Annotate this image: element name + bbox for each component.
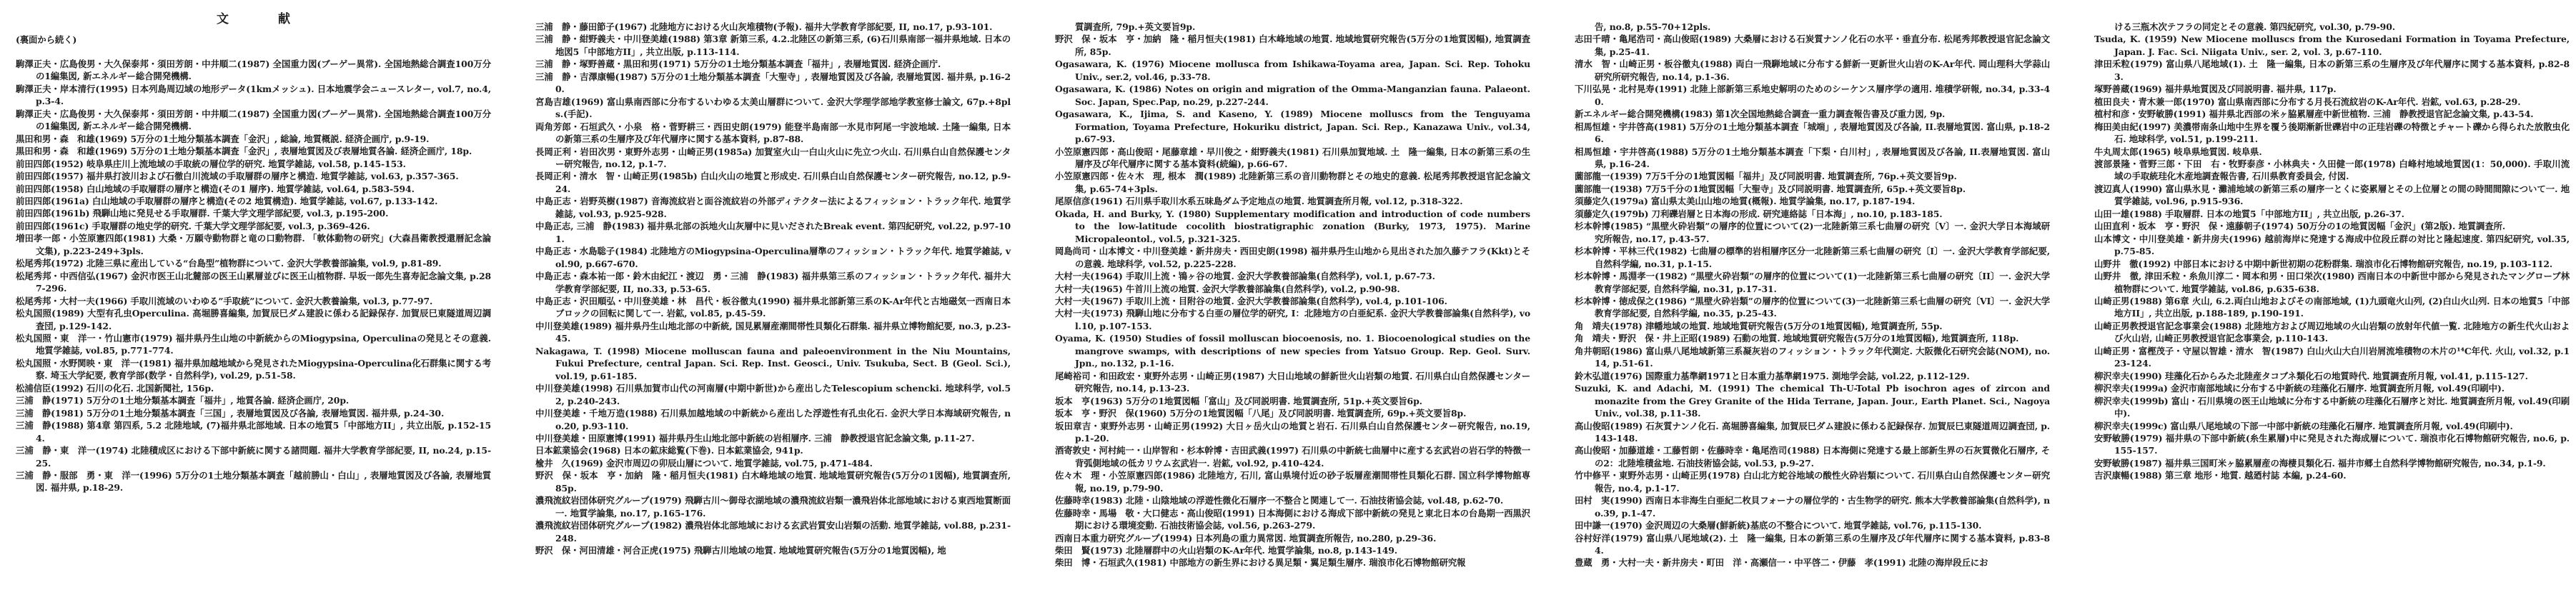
reference-entry: 三浦 静・紺野義夫・中川登美雄(1988) 第3章 新第三系, 4.2.北陸区の… [535,33,1011,58]
reference-entry: 駒澤正夫・広島俊男・大久保泰邦・須田芳朗・中井順二(1987) 全国重力図(ブー… [16,58,491,83]
continued-reference-fragment: ける三瓶木次テフラの同定とその意義. 第四紀研究, vol.30, p.79-9… [2094,21,2570,33]
reference-entry: 前田四郎(1957) 福井県打波川および石徹白川流域の手取層群の層序と構造. 地… [16,170,491,182]
reference-entry: 山田一雄(1988) 手取層群. 日本の地質5「中部地方II」, 共立出版, p… [2094,208,2570,220]
reference-entry: 三浦 静・藤田節子(1967) 北陸地方における火山灰堆積物(予報). 福井大学… [535,21,1011,33]
reference-list: 志田千晴・亀尾浩司・高山俊昭(1989) 大桑層における石炭質ナンノ化石の水平・… [1575,33,2050,569]
reference-entry: 尾崎裕司・和田政宏・東野外志男・山崎正男(1987) 大日山地域の鮮新世火山岩類… [1055,370,1530,395]
column-3: 質調査所, 79p.+英文要旨9p. 野沢 保・坂本 亨・加納 隆・稲月恒夫(1… [1029,0,1544,605]
reference-entry: Okada, H. and Burky, Y. (1980) Supplemen… [1055,208,1530,245]
reference-entry: 植田良夫・青木兼一郎(1970) 富山県南西部に分布する月長石流紋岩のK-Ar年… [2094,96,2570,108]
reference-entry: 濃飛流紋岩団体研究グループ(1979) 飛騨古川～御母衣湖地域の濃飛流紋岩類一濃… [535,494,1011,519]
reference-entry: 三浦 静(1988) 第4章 第四系, 5.2 北陸地域, (7)福井県北部地域… [16,419,491,444]
reference-entry: 松尾秀邦(1972) 北陸三県に産出している“台島型”植物群について. 金沢大学… [16,257,491,269]
reference-list: 野沢 保・坂本 亨・加納 隆・稲月恒夫(1981) 白木峰地域の地質. 地域地質… [1055,33,1530,569]
reference-entry: 増田孝一郎・小笠原憲四郎(1981) 大桑・万願寺動物群と竜の口動物群. 「軟体… [16,232,491,257]
reference-entry: 柳沢幸夫(1999a) 金沢市南部地域に分布する中新統の珪藻化石層序. 地質調査… [2094,382,2570,394]
reference-entry: 植村和彦・安野敏勝(1991) 福井県北西部の米ヶ脇累層産中新世植物. 三浦 静… [2094,108,2570,120]
reference-entry: 清水 智・山崎正男・板谷徹丸(1988) 両白一飛騨地域に分布する鮮新一更新世火… [1575,58,2050,83]
reference-entry: 前田四郎(1961c) 手取層群の地史学的研究. 千葉大学文理学部紀要, vol… [16,220,491,232]
reference-entry: 前田四郎(1952) 岐阜県庄川上流地域の手取統の層位学的研究. 地質学雑誌, … [16,158,491,170]
reference-entry: 角井朝昭(1986) 富山県八尾地域新第三系凝灰岩のフィッション・トラック年代測… [1575,345,2050,370]
reference-entry: 尾原信彦(1961) 石川県手取川水系五味島ダム予定地点の地質. 地質調査所月報… [1055,195,1530,207]
reference-entry: 柳沢幸夫(1999c) 富山県八尾地域の下部一中部中新統の珪藻化石層序. 地質調… [2094,420,2570,432]
reference-entry: 角 靖夫・野沢 保・井上正昭(1989) 石動の地質. 地域地質研究報告(5万分… [1575,332,2050,344]
reference-entry: Ogasawara, K., Ijima, S. and Kaseno, Y. … [1055,108,1530,145]
reference-entry: 山崎正男教授退官記念事業会(1988) 北陸地方および周辺地域の火山岩類の放射年… [2094,320,2570,345]
reference-entry: 柴田 賢(1973) 北陸層群中の火山岩類のK-Ar年代. 地質学論集, no.… [1055,544,1530,556]
reference-entry: 渡辺真人(1990) 富山県氷見・灘浦地域の新第三系の層序一とくに姿累層とその上… [2094,183,2570,208]
reference-entry: 竹中修平・東野外志男・山崎正男(1978) 白山北方蛇谷地域の酸性火砕岩類につい… [1575,469,2050,494]
reference-entry: Ogasawara, K. (1986) Notes on origin and… [1055,83,1530,108]
reference-entry: 薗部龍一(1939) 7万5千分の1地質図幅「福井」及び同説明書. 地質調査所,… [1575,170,2050,182]
reference-entry: 両角芳郎・石垣武久・小泉 格・菅野耕三・西田史朗(1979) 能登半島南部一氷見… [535,121,1011,146]
reference-entry: 中島正志・水島聡子(1984) 北陸地方のMiogypsina-Operculi… [535,245,1011,270]
reference-entry: 柳沢幸夫(1999b) 富山・石川県境の医王山地域に分布する中新統の珪藻化石層序… [2094,395,2570,420]
reference-entry: 岡島尚司・山本博文・中川登美雄・新井房夫・西田史朗(1998) 福井県丹生山地か… [1055,245,1530,270]
column-3-text: 質調査所, 79p.+英文要旨9p. 野沢 保・坂本 亨・加納 隆・稲月恒夫(1… [1055,0,1530,569]
reference-entry: 三浦 静・塚野善蔵・黒田和男(1971) 5万分の1土地分類基本調査「福井」, … [535,58,1011,70]
reference-entry: 小笠原憲四郎・佐々木 理, 根本 潤(1989) 北陸新第三系の音川動物群とその… [1055,170,1530,195]
reference-entry: 杉本幹博・徳成保之(1986) “黒壁火砕岩類”の層序的位置について(3)一北陸… [1575,295,2050,320]
reference-entry: 前田四郎(1958) 白山地域の手取層群の層序と構造(その1 層序). 地質学雑… [16,183,491,195]
reference-entry: 佐々木 理・小笠原憲四郎(1986) 北陸地方, 石川, 富山県境付近の砂子坂層… [1055,469,1530,494]
reference-entry: 柴田 博・石垣武久(1981) 中部地方の新生界における異足類・翼足類生層序. … [1055,556,1530,569]
reference-entry: 長岡正利・清水 智・山崎正男(1985b) 白山火山の地質と形成史. 石川県白山… [535,170,1011,195]
reference-entry: 中島正志, 三浦 静(1983) 福井県北部の浜地火山灰層中に見いだされたBre… [535,220,1011,245]
reference-entry: 佐藤時幸(1983) 北陸・山陰地域の浮遊性微化石層序一不整合と関連して一. 石… [1055,494,1530,506]
reference-entry: 中島正志・沢田順弘・中川登美雄・林 昌代・板谷徹丸(1990) 福井県北部新第三… [535,295,1011,320]
reference-entry: 小笠原憲四郎・高山俊昭・尾藤章雄・早川俊之・紺野義夫(1981) 石川県加賀地域… [1055,146,1530,171]
reference-entry: 野沢 保・坂本 亨・加納 隆・稲月恒夫(1981) 白木峰地域の地質. 地域地質… [1055,33,1530,58]
column-1-text: 文 献 (裏面から続く) 駒澤正夫・広島俊男・大久保泰邦・須田芳朗・中井順二(1… [16,0,491,494]
reference-entry: 角 靖夫(1978) 津幡地域の地質. 地域地質研究報告(5万分の1地質図幅),… [1575,320,2050,332]
reference-entry: 渡部景隆・菅野三郎・下田 右・牧野泰彦・小林典夫・久田健一郎(1978) 白峰村… [2094,158,2570,183]
column-5-text: ける三瓶木次テフラの同定とその意義. 第四紀研究, vol.30, p.79-9… [2094,0,2570,482]
reference-entry: 黒田和男・森 和雄(1969) 5万分の1土地分類基本調査「金沢」, 総論, 地… [16,133,491,145]
reference-entry: 西南日本重力研究グループ(1994) 日本列島の重力異常図. 地質調査所報告, … [1055,532,1530,544]
continued-reference-fragment: 質調査所, 79p.+英文要旨9p. [1055,21,1530,33]
reference-entry: 山崎正男(1988) 第6章 火山, 6.2.両白山地およびその南部地域, (1… [2094,295,2570,320]
reference-entry: 中川登美雄・田原憲博(1991) 福井県丹生山地北部中新統の岩相層序. 三浦 静… [535,432,1011,444]
reference-entry: 柳沢幸夫(1990) 珪藻化石からみた北陸産タコブネ類化石の地質時代. 地質調査… [2094,370,2570,382]
reference-list: Tsuda, K. (1959) New Miocene molluscs fr… [2094,33,2570,481]
reference-entry: 坂本 亨(1963) 5万分の1地質図幅「富山」及び同説明書. 地質調査所, 5… [1055,395,1530,407]
reference-entry: 大村一夫(1964) 手取川上流・鴇ヶ谷の地質. 金沢大学教養部論集(自然科学)… [1055,270,1530,282]
reference-entry: 大村一夫(1967) 手取川上流・目附谷の地質. 金沢大学教養部論集(自然科学)… [1055,295,1530,307]
reference-entry: 駒澤正夫・広島俊男・大久保泰邦・須田芳朗・中井順二(1987) 全国重力図(ブー… [16,108,491,133]
reference-entry: 三浦 静・東 洋一(1974) 北陸積成区における下部中新統に関する諸問題. 福… [16,444,491,469]
reference-entry: 松丸国照・東 洋一・竹山憲市(1979) 福井県丹生山地の中新統からのMiogy… [16,332,491,357]
reference-entry: 杉本幹博・馬淵孝一(1982) “黒壁火砕岩類”の層序的位置について(1)一北陸… [1575,270,2050,295]
reference-entry: 豊蔵 勇・大村一夫・新井房夫・町田 洋・高瀬信一・中平啓二・伊藤 孝(1991)… [1575,556,2050,569]
reference-entry: 下川弘晃・北村晃寿(1991) 北陸上部新第三系地史解明のためのシーケンス層序学… [1575,83,2050,108]
reference-entry: 鈴木弘道(1976) 国際重力基準網1971と日本重力基準網1975. 測地学会… [1575,370,2050,382]
continued-note: (裏面から続く) [16,33,491,58]
reference-entry: 三浦 静(1971) 5万分の1土地分類基本調査「福井」, 地質各論. 経済企画… [16,394,491,406]
reference-entry: Oyama, K. (1950) Studies of fossil mollu… [1055,332,1530,369]
reference-entry: 須藤定久(1979a) 富山県太美山山地の地質(概報). 地質学論集, no.1… [1575,195,2050,207]
reference-entry: 楡井 久(1969) 金沢市周辺の卯辰山層について. 地質学雑誌, vol.75… [535,457,1011,469]
reference-entry: 大村一夫(1965) 牛首川上流の地質. 金沢大学教養部論集(自然科学), vo… [1055,283,1530,295]
reference-entry: 高山俊昭(1989) 石灰質ナンノ化石. 高堀勝喜編集, 加賀辰巳ダム建設に係わ… [1575,420,2050,445]
reference-entry: 薗部龍一(1938) 7万5千分の1地質図幅「大聖寺」及び同説明書. 地質調査所… [1575,183,2050,195]
continued-reference-fragment: 告, no.8, p.55-70+12pls. [1575,21,2050,33]
reference-entry: 相馬恒雄・宇井啓高(1981) 5万分の1土地分類基本調査「城端」, 表層地質図… [1575,121,2050,146]
reference-entry: 松浦信臣(1992) 石川の化石. 北国新聞社, 156p. [16,382,491,394]
reference-entry: Suzuki, K. and Adachi, M. (1991) The che… [1575,382,2050,419]
reference-entry: 野沢 保・坂本 亨・加納 隆・稲月恒夫(1981) 白木峰地域の地質. 地域地質… [535,469,1011,494]
reference-entry: 相馬恒雄・宇井啓高(1988) 5万分の1土地分類基本調査「下梨・白川村」, 表… [1575,146,2050,171]
reference-entry: Nakagawa, T. (1998) Miocene molluscan fa… [535,345,1011,382]
reference-entry: 吉沢康暢(1988) 第三章 地形・地質. 越廼村誌 本編, p.24-60. [2094,469,2570,481]
reference-entry: 杉本幹博(1985) “黒壁火砕岩類”の層序的位置について(2)一北陸新第三系七… [1575,220,2050,245]
reference-entry: 中島正志・岩野英樹(1987) 音海流紋岩と面谷流紋岩の外部ディテクター法による… [535,195,1011,220]
reference-entry: 野沢 保・河田清雄・河合正虎(1975) 飛騨古川地域の地質. 地域地質研究報告… [535,544,1011,556]
reference-entry: 須藤定久(1979b) 刀利礫岩層と日本海の形成. 研究連絡誌「日本海」, no… [1575,208,2050,220]
reference-entry: 高山俊昭・加藤道雄・工藤哲朗・佐藤時幸・亀尾浩司(1988) 日本海側に発達する… [1575,444,2050,469]
reference-entry: 佐藤時幸・馬場 敬・大口健志・高山俊昭(1991) 日本海側における海成下部中新… [1055,507,1530,532]
column-2-text: 三浦 静・藤田節子(1967) 北陸地方における火山灰堆積物(予報). 福井大学… [535,0,1011,556]
column-4-text: 告, no.8, p.55-70+12pls. 志田千晴・亀尾浩司・高山俊昭(1… [1575,0,2050,569]
column-4: 告, no.8, p.55-70+12pls. 志田千晴・亀尾浩司・高山俊昭(1… [1544,0,2059,605]
reference-entry: 黒田和男・森 和雄(1969) 5万分の1土地分類基本調査「金沢」, 表層地質図… [16,145,491,157]
reference-entry: 中川登美雄・千地万造(1988) 石川県加越地域の中新統から産出した浮遊性有孔虫… [535,407,1011,432]
bibliography-page: 文 献 (裏面から続く) 駒澤正夫・広島俊男・大久保泰邦・須田芳朗・中井順二(1… [0,0,2576,605]
reference-entry: Ogasawara, K. (1976) Miocene mollusca fr… [1055,58,1530,83]
reference-entry: 坂本 亨・野沢 保(1960) 5万分の1地質図幅「八尾」及び同説明書. 地質調… [1055,407,1530,419]
reference-entry: 山田直利・坂本 亨・野沢 保・遠藤朝子(1974) 50万分の1の地質図幅「金沢… [2094,220,2570,232]
reference-entry: 志田千晴・亀尾浩司・高山俊昭(1989) 大桑層における石炭質ナンノ化石の水平・… [1575,33,2050,58]
reference-entry: 杉本幹博・平林三代(1982) 七曲層の標準的岩相層序区分一北陸新第三系七曲層の… [1575,245,2050,270]
reference-entry: 三浦 静・吉澤康暢(1987) 5万分の1土地分類基本調査「大聖寺」, 表層地質… [535,71,1011,96]
reference-entry: 三浦 静・服部 勇・東 洋一(1996) 5万分の1土地分類基本調査「越前勝山・… [16,469,491,494]
reference-entry: 山本博文・中川登美雄・新井房夫(1996) 越前海岸に発達する海成中位段丘群の対… [2094,233,2570,258]
reference-entry: 松尾秀邦・中西信弘(1967) 金沢市医王山北麓部の医王山累層並びに医王山植物群… [16,270,491,295]
column-2: 三浦 静・藤田節子(1967) 北陸地方における火山灰堆積物(予報). 福井大学… [515,0,1029,605]
reference-entry: 牛丸周太郎(1965) 岐阜県地質図. 岐阜県. [2094,146,2570,158]
reference-entry: 駒澤正夫・岸本清行(1995) 日本列島周辺域の地形データ(1kmメッシュ). … [16,83,491,108]
reference-entry: 中島正志・森本祐一郎・鈴木由紀江・渡辺 勇・三浦 静(1983) 福井県第三系の… [535,270,1011,295]
reference-entry: 三浦 静(1981) 5万分の1土地分類基本調査「三国」, 表層地質図及び各論,… [16,407,491,419]
page-title: 文 献 [16,9,491,30]
reference-list: 三浦 静・藤田節子(1967) 北陸地方における火山灰堆積物(予報). 福井大学… [535,21,1011,556]
reference-entry: 中川登美雄(1998) 石川県加賀市山代の河南層(中期中新世)から産出したTel… [535,382,1011,407]
reference-entry: 松丸国照(1989) 大型有孔虫Operculina. 高堀勝喜編集, 加賀辰巳… [16,307,491,332]
reference-entry: 田村 実(1990) 西南日本非海生白亜紀二枚貝フォーナの層位学的・古生物学的研… [1575,494,2050,519]
reference-entry: 塚野善蔵(1969) 福井県地質図及び同説明書. 福井県, 117p. [2094,83,2570,95]
reference-entry: 酒寄敦史・河村純一・山岸智和・杉本幹博・吉田武義(1997) 石川県の中新統七曲… [1055,444,1530,469]
reference-entry: 津田禾粒(1979) 富山県八尾地域(1). 土 隆一編集, 日本の新第三系の生… [2094,58,2570,83]
column-1: 文 献 (裏面から続く) 駒澤正夫・広島俊男・大久保泰邦・須田芳朗・中井順二(1… [0,0,515,605]
reference-entry: 安野敏勝(1979) 福井県の下部中新統(糸生累層)中に発見された海成層について… [2094,432,2570,457]
reference-entry: 安野敏勝(1987) 福井県三国町米ヶ脇累層産の海棲貝類化石. 福井市郷土自然科… [2094,457,2570,469]
reference-entry: 日本鉱業協会(1968) 日本の鉱床総覧(下巻). 日本鉱業協会, 941p. [535,444,1011,456]
reference-entry: 坂田章吉・東野外志男・山崎正男(1992) 大日ヶ岳火山の地質と岩石. 石川県白… [1055,420,1530,445]
reference-entry: 松丸国照・水野関映・東 洋一(1981) 福井県加越地域から発見されたMiogy… [16,357,491,382]
reference-entry: 前田四郎(1961a) 白山地域の手取層群の層序と構造(その2 地質構造). 地… [16,195,491,207]
reference-entry: 前田四郎(1961b) 飛騨山地に発見せる手取層群. 千葉大学文理学部紀要, v… [16,207,491,219]
reference-entry: 山崎正男・富樫茂子・守屋以智雄・清水 智(1987) 白山火山大白川岩屑流堆積物… [2094,345,2570,370]
reference-entry: 松尾秀邦・大村一夫(1966) 手取川流域のいわゆる”手取統”について. 金沢大… [16,295,491,307]
reference-entry: 梅田美由紀(1997) 美濃帯南条山地中生界を覆う後期漸新世礫岩中の正珪岩礫の特… [2094,121,2570,146]
reference-entry: 宮島吉雄(1969) 富山県南西部に分布するいわゆる太美山層群について. 金沢大… [535,96,1011,121]
reference-list: 駒澤正夫・広島俊男・大久保泰邦・須田芳朗・中井順二(1987) 全国重力図(ブー… [16,58,491,494]
reference-entry: 山野井 徹(1992) 中部日本における中期中新世初期の花粉群集. 瑞浪市化石博… [2094,258,2570,270]
reference-entry: 新エネルギー総合開発機構(1983) 第1次全国地熱総合調査一重力調査報告書及び… [1575,108,2050,120]
reference-entry: 山野井 徹, 津田禾粒・糸魚川淳二・岡本和男・田口栄次(1980) 西南日本の中… [2094,270,2570,295]
reference-entry: 濃飛流紋岩団体研究グループ(1982) 濃飛岩体北部地域における玄武岩質安山岩類… [535,519,1011,544]
reference-entry: 谷村好洋(1979) 富山県八尾地域(2). 土 隆一編集, 日本の新第三系の生… [1575,532,2050,557]
reference-entry: 長岡正利・岩田次男・東野外志男・山崎正男(1985a) 加賀室火山一白山火山に先… [535,146,1011,171]
reference-entry: 田中謙一(1970) 金沢周辺の大桑層(鮮新統)基底の不整合について. 地質学雑… [1575,519,2050,531]
reference-entry: 大村一夫(1973) 飛騨山地に分布する白亜の層位学的研究, I：北陸地方の白亜… [1055,307,1530,332]
column-5: ける三瓶木次テフラの同定とその意義. 第四紀研究, vol.30, p.79-9… [2059,0,2576,605]
reference-entry: Tsuda, K. (1959) New Miocene molluscs fr… [2094,33,2570,58]
reference-entry: 中川登美雄(1989) 福井県丹生山地北部の中新統, 国見累層産潮間帯性貝類化石… [535,320,1011,345]
